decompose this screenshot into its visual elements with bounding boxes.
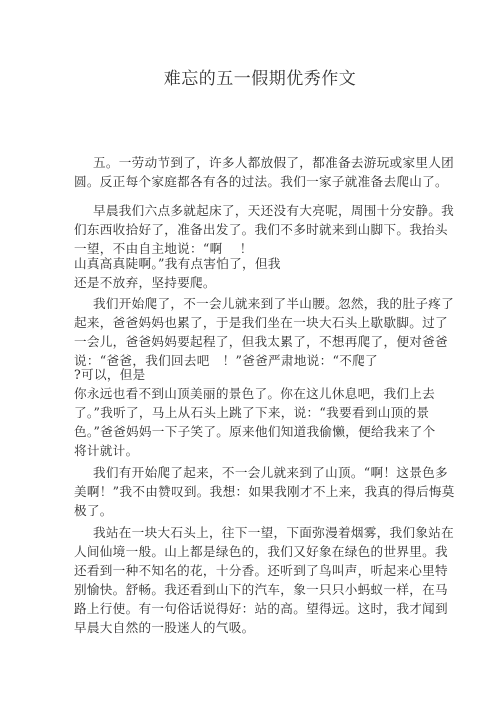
text-line: 了。”我听了，马上从石头上跳了下来，说：“我要看到山顶的景 [74,402,429,421]
text-line: 色。”爸爸妈妈一下子笑了。原来他们知道我偷懒，便给我来了个 [74,421,435,440]
text-line: 人间仙境一般。山上都是绿色的，我们又好象在绿色的世界里。我 [74,541,448,560]
text-line: 极了。 [74,500,113,519]
text-line: 五。一劳动节到了，许多人都放假了，都准备去游玩或家里人团 [93,152,454,171]
text-line: 我们有开始爬了起来，不一会儿就来到了山顶。“啊！这景色多 [93,462,448,481]
text-line: 我们开始爬了，不一会儿就来到了半山腰。忽然，我的肚子疼了 [93,293,454,312]
text-line: 你永远也看不到山顶美丽的景色了。你在这儿休息吧，我们上去 [74,383,435,402]
text-line: 一会儿，爸爸妈妈要起程了，但我太累了，不想再爬了，便对爸爸 [74,331,448,350]
document-title: 难忘的五一假期优秀作文 [0,64,500,89]
text-line: 还是不放弃，坚持要爬。 [74,272,216,291]
text-line: 我站在一块大石头上，往下一望，下面弥漫着烟雾，我们象站在 [93,522,454,541]
text-line: 起来，爸爸妈妈也累了，于是我们坐在一块大石头上歇歇脚。过了 [74,312,448,331]
text-line: 别愉快。舒畅。我还看到山下的汽车，象一只只小蚂蚁一样，在马 [74,579,448,598]
text-line: 美啊！”我不由赞叹到。我想：如果我刚才不上来，我真的得后悔莫 [74,481,455,500]
text-line: 路上行使。有一句俗话说得好：站的高。望得远。这时，我才闻到 [74,598,448,617]
text-line: 圆。反正每个家庭都各有各的过法。我们一家子就准备去爬山了。 [74,171,448,190]
text-line: 还看到一种不知名的花，十分香。还听到了鸟叫声，听起来心里特 [74,560,448,579]
text-line: 早晨我们六点多就起床了，天还没有大亮呢，周围十分安静。我 [93,200,454,219]
text-line: 将计就计。 [74,440,138,459]
text-line: 山真高真陡啊。”我有点害怕了，但我 [74,253,281,272]
text-line: 早晨大自然的一股迷人的气吸。 [74,617,255,636]
text-line: 们东西收拾好了，准备出发了。我们不多时就来到山脚下。我抬头 [74,219,448,238]
text-line: ?可以，但是 [74,364,146,383]
